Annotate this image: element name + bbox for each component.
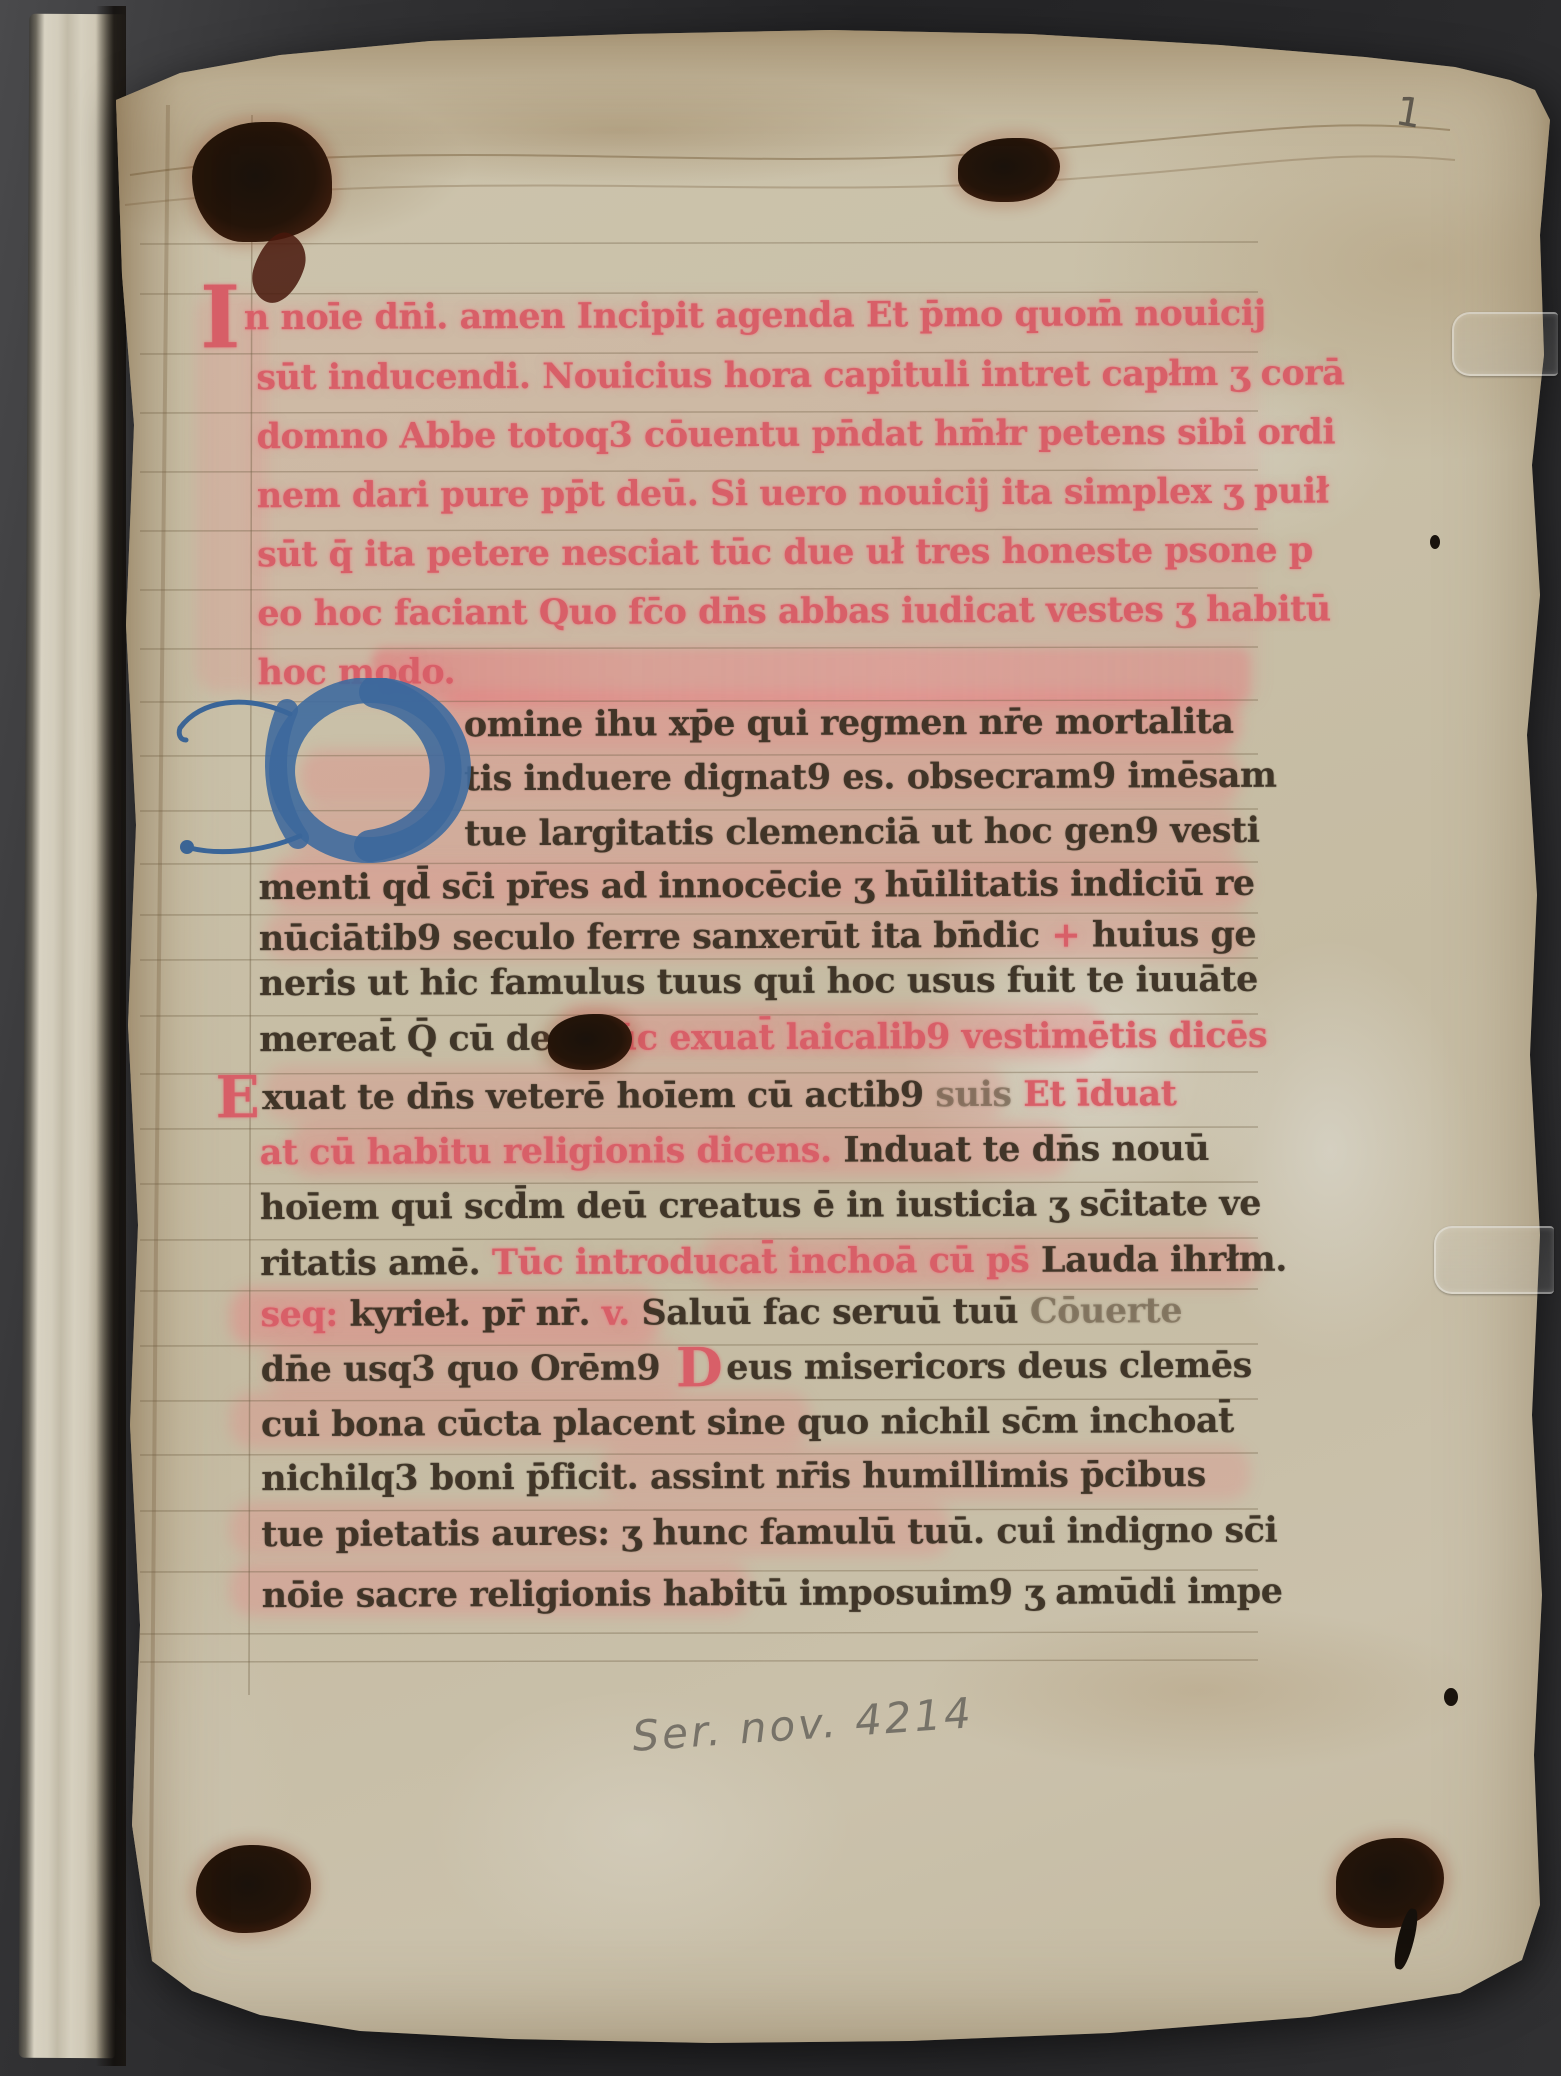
text-line: tue pietatis aures: ʒ hunc famulū tuū. c… <box>261 1513 1277 1552</box>
text-line: In noīe dn̄i. amen Incipit agenda Et p̄m… <box>200 296 1266 337</box>
text-layer: In noīe dn̄i. amen Incipit agenda Et p̄m… <box>0 0 1561 2076</box>
text-span: Cōuerte <box>1030 1290 1182 1332</box>
text-line: ritatis amē. Tūc introducat̄ inchoā cū p… <box>260 1242 1287 1281</box>
text-span: suis <box>935 1074 1023 1115</box>
text-line: omine ihu xp̄e qui regmen nr̄e mortalita <box>464 704 1234 742</box>
text-line: tue largitatis clemenciā ut hoc gen9 ves… <box>464 813 1259 851</box>
text-line: nem dari pure pp̄t deū. Si uero nouicij … <box>257 474 1329 514</box>
text-line: dn̄e usq3 quo Orēm9 Deus misericors deus… <box>261 1348 1252 1388</box>
text-span: ritatis amē. <box>260 1242 492 1284</box>
text-span: tis induere dignat9 es. obsecram9 imēsam <box>464 755 1277 800</box>
text-line: at cū habitu religionis dicens. Induat t… <box>260 1131 1210 1170</box>
text-span: Lauda ihrłm. <box>1041 1239 1287 1281</box>
text-span: nichilq3 boni p̄ficit. assint nr̄is humi… <box>261 1454 1206 1499</box>
text-span: domno Abbe totoq3 cōuentu pn̄dat hm̄łr p… <box>257 411 1336 457</box>
text-line: sūt q̄ ita petere nesciat tūc due uł tre… <box>257 533 1313 573</box>
burn-hole-top-left <box>192 122 332 242</box>
initial-d-svg <box>170 678 490 888</box>
text-line: nichilq3 boni p̄ficit. assint nr̄is humi… <box>261 1457 1206 1496</box>
leaf-content: In noīe dn̄i. amen Incipit agenda Et p̄m… <box>0 0 1561 2076</box>
text-span: sūt q̄ ita petere nesciat tūc due uł tre… <box>257 530 1313 576</box>
text-line: nūciātib9 seculo ferre sanxerūt ita bn̄d… <box>259 917 1257 956</box>
leaf-wrapper: In noīe dn̄i. amen Incipit agenda Et p̄m… <box>0 0 1561 2076</box>
text-span: at cū habitu religionis dicens. <box>260 1130 844 1174</box>
text-line: tis induere dignat9 es. obsecram9 imēsam <box>464 758 1277 797</box>
text-span: xuat te dn̄s veterē hoīem cū actib9 <box>262 1074 935 1118</box>
mounting-clip-top <box>1452 312 1558 376</box>
text-line: neris ut hic famulus tuus qui hoc usus f… <box>259 962 1258 1001</box>
text-span: sūt inducendi. Nouicius hora capituli in… <box>256 352 1344 398</box>
text-span: v. <box>602 1293 642 1334</box>
text-line: cui bona cūcta placent sine quo nichil s… <box>261 1403 1234 1442</box>
initial-d-flourish-dot <box>180 840 194 854</box>
text-span: tue pietatis aures: ʒ hunc famulū tuū. c… <box>261 1510 1277 1555</box>
text-span: Induat te dn̄s nouū <box>843 1128 1209 1171</box>
illuminated-initial: D <box>676 1350 722 1386</box>
photo-background: In noīe dn̄i. amen Incipit agenda Et p̄m… <box>0 0 1561 2076</box>
text-span: + <box>1040 915 1092 956</box>
text-span: Et īduat <box>1023 1073 1176 1115</box>
text-span: n noīe dn̄i. amen Incipit agenda Et p̄mo… <box>244 293 1266 338</box>
text-line: sūt inducendi. Nouicius hora capituli in… <box>256 355 1344 395</box>
text-span: eus misericors deus clemēs <box>726 1345 1252 1388</box>
text-span: nōie sacre religionis habitū imposuim9 ʒ… <box>262 1571 1283 1616</box>
text-span: nem dari pure pp̄t deū. Si uero nouicij … <box>257 471 1329 517</box>
text-span: omine ihu xp̄e qui regmen nr̄e mortalita <box>464 701 1234 745</box>
illuminated-initial: I <box>200 300 240 336</box>
text-span: eo hoc faciant Quo fc̄o dn̄s abbas iudic… <box>257 589 1330 635</box>
text-span: seq: <box>260 1294 349 1335</box>
text-span: huius ge <box>1092 914 1256 956</box>
text-span: kyrieł. pr̄ nr̄. <box>349 1293 601 1335</box>
initial-d-bowl-right <box>370 692 446 846</box>
text-span: cui bona cūcta placent sine quo nichil s… <box>261 1400 1234 1445</box>
text-line: domno Abbe totoq3 cōuentu pn̄dat hm̄łr p… <box>257 414 1336 454</box>
text-span: Tūc exuat̄ laicalib9 vestimētis dicēs <box>586 1015 1267 1059</box>
text-span: tue largitatis clemenciā ut hoc gen9 ves… <box>464 810 1259 854</box>
text-span: Saluū fac seruū tuū <box>641 1291 1029 1334</box>
ink-speck <box>1430 535 1440 549</box>
text-line: eo hoc faciant Quo fc̄o dn̄s abbas iudic… <box>257 592 1330 632</box>
text-line: mereat̄ Q̄ cū deo Tūc exuat̄ laicalib9 v… <box>259 1018 1267 1057</box>
initial-d-bottom-flourish <box>190 836 300 852</box>
ink-speck <box>1444 1688 1458 1706</box>
parchment-leaf: In noīe dn̄i. amen Incipit agenda Et p̄m… <box>110 25 1552 2050</box>
text-span: neris ut hic famulus tuus qui hoc usus f… <box>259 959 1258 1004</box>
mounting-clip-bottom <box>1434 1226 1554 1294</box>
illuminated-initial: E <box>215 1080 259 1116</box>
text-line: nōie sacre religionis habitū imposuim9 ʒ… <box>262 1574 1283 1613</box>
text-line: hoīem qui scd̄m deū creatus ē in iustici… <box>260 1186 1261 1225</box>
text-span: Tūc introducat̄ inchoā cū ps̄ <box>492 1240 1041 1283</box>
text-line: seq: kyrieł. pr̄ nr̄. v. Saluū fac seruū… <box>260 1293 1182 1332</box>
text-line: Exuat te dn̄s veterē hoīem cū actib9 sui… <box>215 1076 1176 1116</box>
text-span: nūciātib9 seculo ferre sanxerūt ita bn̄d… <box>259 915 1040 959</box>
text-span: hoīem qui scd̄m deū creatus ē in iustici… <box>260 1183 1261 1228</box>
text-span: mereat̄ Q̄ cū deo <box>259 1018 586 1060</box>
text-span: dn̄e usq3 quo Orēm9 <box>261 1347 672 1390</box>
